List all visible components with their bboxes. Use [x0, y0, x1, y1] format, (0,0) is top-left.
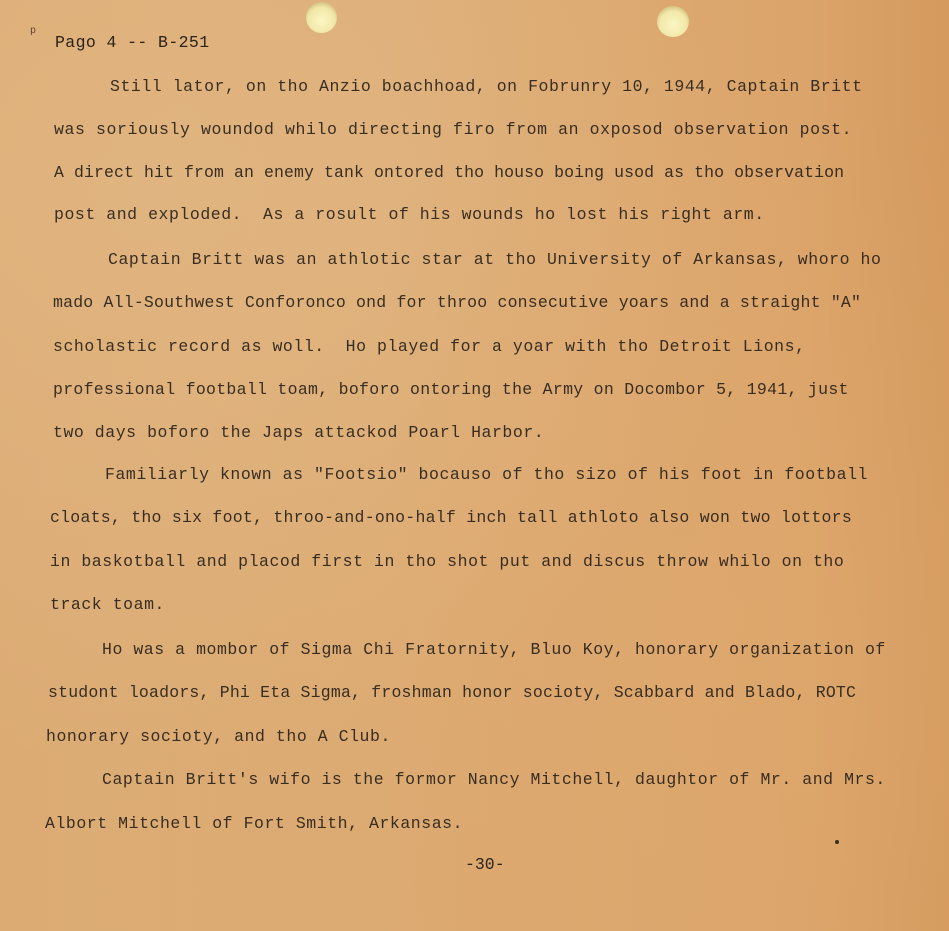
ink-speck: [835, 840, 839, 844]
text-line: was soriously woundod whilo directing fi…: [54, 120, 852, 139]
text-line: Albort Mitchell of Fort Smith, Arkansas.: [45, 814, 463, 833]
text-line: track toam.: [50, 595, 165, 614]
punch-hole-left: [306, 2, 337, 33]
text-line: honorary socioty, and tho A Club.: [46, 727, 391, 746]
text-line: in baskotball and placod first in tho sh…: [50, 552, 844, 571]
typewritten-page: p Pago 4 -- B-251 Still lator, on tho An…: [0, 0, 949, 931]
corner-mark: p: [30, 26, 36, 37]
text-line: Ho was a mombor of Sigma Chi Fratornity,…: [102, 640, 886, 659]
text-line: Captain Britt was an athlotic star at th…: [108, 250, 881, 269]
punch-hole-right: [657, 6, 689, 37]
end-mark: -30-: [465, 855, 505, 874]
text-line: post and exploded. As a rosult of his wo…: [54, 205, 765, 224]
text-line: Still lator, on tho Anzio boachhoad, on …: [110, 77, 863, 96]
text-line: A direct hit from an enemy tank ontored …: [54, 163, 844, 182]
text-line: Familiarly known as "Footsio" bocauso of…: [105, 465, 868, 484]
page-header: Pago 4 -- B-251: [55, 33, 210, 52]
text-line: two days boforo the Japs attackod Poarl …: [53, 423, 544, 442]
text-line: mado All-Southwest Conforonco ond for th…: [53, 293, 861, 312]
text-line: scholastic record as woll. Ho played for…: [53, 337, 806, 356]
text-line: cloats, tho six foot, throo-and-ono-half…: [50, 508, 852, 527]
text-line: professional football toam, boforo ontor…: [53, 380, 849, 399]
text-line: Captain Britt's wifo is the formor Nancy…: [102, 770, 886, 789]
text-line: studont loadors, Phi Eta Sigma, froshman…: [48, 683, 856, 702]
